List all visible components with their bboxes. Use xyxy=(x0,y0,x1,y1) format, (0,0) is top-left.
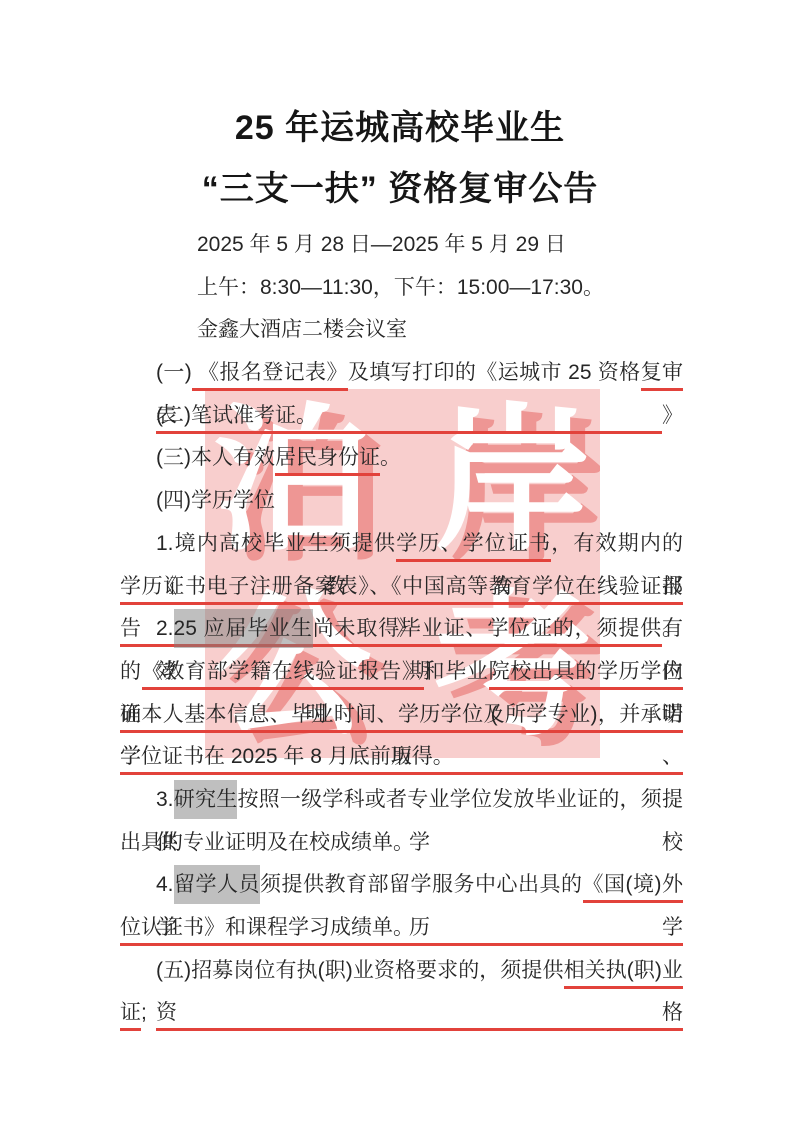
text-segment: 金鑫大酒店二楼会议室 xyxy=(197,318,407,341)
text-segment: 。 xyxy=(296,404,317,427)
text-line: (一) 《报名登记表》及填写打印的《运城市 25 资格复审表》 xyxy=(120,352,683,395)
text-segment: 的 xyxy=(120,660,142,683)
underlined-text: 学位证书在 2025 年 8 月底前取得。 xyxy=(120,745,454,775)
text-segment: 须提供教育部留学服务中心出具的 xyxy=(260,873,583,896)
announcement-document-page: 泊岸公考 25 年运城高校毕业生 “三支一扶” 资格复审公告 2025 年 5 … xyxy=(0,0,800,1131)
underlined-text: 学历、学位证书 xyxy=(396,532,551,562)
text-line: (四)学历学位 xyxy=(120,480,683,523)
text-segment: 及填写打印的《运城市 25 资格 xyxy=(348,361,641,384)
text-segment: 2. xyxy=(156,617,174,640)
text-segment: 。 xyxy=(380,446,401,469)
text-line: 3.研究生按照一级学科或者专业学位发放毕业证的，须提供学校 xyxy=(120,779,683,822)
underlined-text: 准考证 xyxy=(233,404,296,434)
text-line: (五)招募岗位有执(职)业资格要求的，须提供相关执(职)业资格 xyxy=(120,950,683,993)
text-segment: 3. xyxy=(156,788,174,811)
underlined-text: 学历证书电子注册备案表》 xyxy=(120,575,369,605)
text-segment: 出具的专业证明及在校成绩单。 xyxy=(120,831,414,854)
text-segment: (一) xyxy=(156,361,192,384)
text-segment: (三)本人有效 xyxy=(156,446,275,469)
text-segment: (四)学历学位 xyxy=(156,489,275,512)
text-segment: (五)招募岗位有执(职)业资格要求的，须提供 xyxy=(156,959,564,982)
text-segment: 1.境内高校毕业生须提供 xyxy=(156,532,396,555)
underlined-text: 位认证书》和课程学习成绩单。 xyxy=(120,916,414,946)
document-title-line-1: 25 年运城高校毕业生 xyxy=(0,98,800,159)
text-line: 2025 年 5 月 28 日—2025 年 5 月 29 日 xyxy=(120,224,683,267)
highlighted-text: 25 应届毕业生 xyxy=(174,609,313,648)
document-body: 2025 年 5 月 28 日—2025 年 5 月 29 日上午：8:30—1… xyxy=(120,224,683,1035)
text-line: 4.留学人员须提供教育部留学服务中心出具的《国(境)外学历学 xyxy=(120,864,683,907)
text-segment: 上午：8:30—11:30，下午：15:00—17:30。 xyxy=(197,276,604,299)
underlined-text: 居民身份证 xyxy=(275,446,380,476)
highlighted-text: 留学人员 xyxy=(174,865,261,904)
text-line: 1.境内高校毕业生须提供学历、学位证书，有效期内的《教育部 xyxy=(120,523,683,566)
underlined-text: 《教育部学籍在线验证报告》 xyxy=(142,660,424,690)
text-segment: 和毕业 xyxy=(424,660,489,683)
text-segment: 》 xyxy=(662,404,683,427)
text-line: 2.25 应届毕业生尚未取得毕业证、学位证的，须提供有效期内 xyxy=(120,608,683,651)
text-segment: ; xyxy=(141,1001,147,1024)
text-segment: (二)笔试 xyxy=(156,404,233,427)
highlighted-text: 研究生 xyxy=(174,780,238,819)
text-line: 的《教育部学籍在线验证报告》和毕业院校出具的学历学位证明(明 xyxy=(120,651,683,694)
text-segment: 、 xyxy=(369,575,391,598)
document-title-block: 25 年运城高校毕业生 “三支一扶” 资格复审公告 xyxy=(0,98,800,220)
text-line: 上午：8:30—11:30，下午：15:00—17:30。 xyxy=(120,267,683,310)
text-segment: 2025 年 5 月 28 日—2025 年 5 月 29 日 xyxy=(197,233,566,256)
text-segment: 4. xyxy=(156,873,174,896)
text-line: 确本人基本信息、毕业时间、学历学位及所学专业)，并承诺学历、 xyxy=(120,694,683,737)
text-line: (三)本人有效居民身份证。 xyxy=(120,437,683,480)
text-line: 金鑫大酒店二楼会议室 xyxy=(120,309,683,352)
text-line: 学历证书电子注册备案表》、《中国高等教育学位在线验证报告》。 xyxy=(120,566,683,609)
text-segment: ，有效期内的 xyxy=(551,532,683,555)
document-title-line-2: “三支一扶” 资格复审公告 xyxy=(0,159,800,220)
underlined-text: 《报名登记表》 xyxy=(192,361,348,391)
underlined-text: 证 xyxy=(120,1001,141,1031)
